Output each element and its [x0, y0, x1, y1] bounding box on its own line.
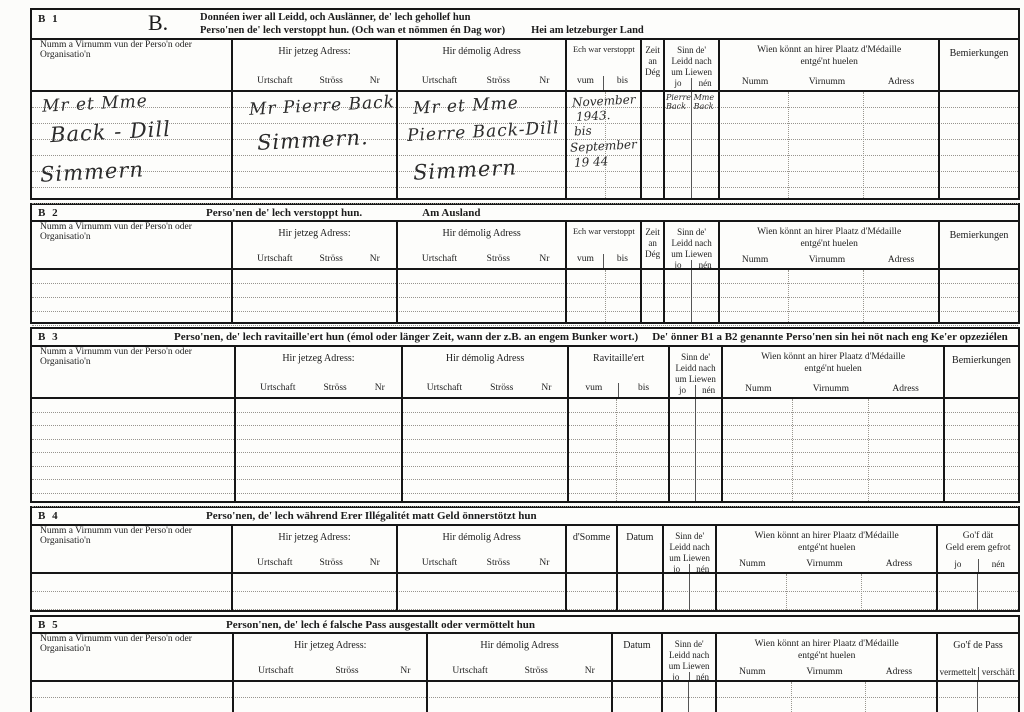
col-header-still-alive: Sinn de'Leidd nachum Liewen jonén — [661, 634, 715, 680]
urtschaft-label: Urtschaft — [422, 76, 457, 86]
datum-label: Datum — [613, 634, 661, 651]
nr-label: Nr — [370, 558, 380, 568]
stross-label: Ströss — [320, 76, 343, 86]
col-header-name: Numm a Virnumm vun der Perso'n oder Orga… — [32, 222, 231, 268]
vum-label: vum — [569, 383, 618, 397]
col-header-former-address: Hir démolig Adress UrtschaftStrössNr — [426, 634, 610, 680]
jo-label: jo — [665, 260, 691, 268]
numm-label: Numm — [717, 667, 787, 677]
gof-label-1: Go'f dät — [963, 531, 993, 541]
sinn-label-2: Leidd nach — [675, 363, 715, 373]
handwriting-alive-jo: Pierre Back — [666, 93, 690, 111]
stross-label: Ströss — [323, 383, 346, 393]
col-header-former-address: Hir démolig Adress UrtschaftStrössNr — [401, 347, 568, 397]
col-header-date: Datum — [616, 526, 662, 572]
former-address-label: Hir démolig Adress — [398, 526, 566, 543]
section-b2-title: Perso'nen de' lech verstoppt hun. — [206, 207, 362, 219]
handwriting-hidden-from-line2: 1943. — [576, 108, 611, 124]
stross-label: Ströss — [487, 76, 510, 86]
current-address-label: Hir jetzeg Adress: — [233, 40, 396, 57]
zeit-label-1: Zeit — [645, 227, 660, 237]
current-address-label: Hir jetzeg Adress: — [233, 526, 396, 543]
stross-label: Ströss — [490, 383, 513, 393]
jo-label: jo — [665, 78, 691, 90]
nen-label: nén — [689, 672, 716, 680]
dsomme-label: d'Somme — [567, 526, 615, 543]
datum-label: Datum — [618, 526, 662, 543]
stross-label: Ströss — [320, 254, 343, 264]
sinn-label-3: um Liewen — [669, 661, 710, 671]
zeit-label-2: an — [648, 238, 657, 248]
header-row: Numm a Virnumm vun der Perso'n oder Orga… — [32, 40, 1018, 92]
vum-label: vum — [567, 254, 603, 268]
adress-label: Adress — [868, 384, 943, 394]
urtschaft-label: Urtschaft — [452, 666, 487, 676]
col-header-still-alive: Sinn de'Leidd nachum Liewen jonén — [662, 526, 715, 572]
nr-label: Nr — [370, 76, 380, 86]
col-header-pass-given: Go'f de Pass vermetteltverschäft — [936, 634, 1018, 680]
numm-label: Numm — [717, 559, 787, 569]
gofpass-label: Go'f de Pass — [938, 634, 1018, 651]
col-header-name: Numm a Virnumm vun der Perso'n oder Orga… — [32, 347, 234, 397]
col-header-former-address: Hir démolig Adress UrtschaftStrössNr — [396, 526, 566, 572]
nen-label: nén — [691, 78, 718, 90]
numm-label: Numm — [720, 255, 790, 265]
bemierkungen-label: Bemierkungen — [945, 347, 1018, 366]
b4-data-area — [32, 574, 1018, 610]
section-b3-title-bar: B 3 Perso'nen, de' lech ravitaille'ert h… — [32, 329, 1018, 347]
zeit-label-3: Dég — [645, 249, 660, 259]
ruled-lines — [32, 399, 1018, 501]
sinn-label-2: Leidd nach — [671, 56, 711, 66]
form-title-line2: Perso'nen de' lech verstoppt hun. (Och w… — [200, 24, 644, 37]
b3-data-area — [32, 399, 1018, 501]
urtschaft-label: Urtschaft — [422, 254, 457, 264]
sinn-label-2: Leidd nach — [669, 650, 709, 660]
sinn-label-1: Sinn de' — [677, 227, 706, 237]
sinn-label-2: Leidd nach — [670, 542, 710, 552]
section-b5-title-bar: B 5 Person'nen, de' lech é falsche Pass … — [32, 617, 1018, 634]
form-letter: B. — [148, 10, 200, 36]
ruled-lines — [32, 92, 1018, 198]
wien-label-2: entgé'nt huelen — [800, 239, 857, 249]
section-id: B 5 — [32, 619, 148, 631]
section-b2-subtitle: Am Ausland — [422, 207, 480, 219]
col-header-medal-recipient: Wien könnt an hirer Plaatz d'Médailleent… — [718, 222, 938, 268]
col-header-remarks: Bemierkungen — [938, 222, 1018, 268]
sinn-label-1: Sinn de' — [681, 352, 710, 362]
col-header-still-alive: Sinn de'Leidd nachum Liewen jonén — [663, 40, 718, 90]
col-header-hidden-period: Ech war verstoppt vumbis — [565, 222, 640, 268]
col-header-still-alive: Sinn de'Leidd nachum Liewen jonén — [663, 222, 718, 268]
col-header-current-address: Hir jetzeg Adress: UrtschaftStrössNr — [231, 40, 396, 90]
section-id: B 4 — [32, 510, 148, 522]
ruled-lines — [32, 270, 1018, 322]
section-b3-subtitle: De' önner B1 a B2 genannte Perso'nen sin… — [652, 331, 1008, 343]
form-b: B 1 B. Donnéen iwer all Leidd, och Auslä… — [30, 8, 1020, 712]
urtschaft-label: Urtschaft — [422, 558, 457, 568]
bis-label: bis — [603, 76, 640, 90]
b1-data-area: Mr et Mme Back - Dill Simmern Mr Pierre … — [32, 92, 1018, 198]
adress-label: Adress — [864, 255, 938, 265]
handwriting-hidden-to-line2: 19 44 — [574, 154, 609, 170]
section-b2-title-bar: B 2 Perso'nen de' lech verstoppt hun. Am… — [32, 205, 1018, 222]
ruled-lines — [32, 574, 1018, 610]
nr-label: Nr — [370, 254, 380, 264]
urtschaft-label: Urtschaft — [257, 254, 292, 264]
nr-label: Nr — [539, 254, 549, 264]
sinn-label-1: Sinn de' — [675, 531, 704, 541]
wien-label-1: Wien könnt an hirer Plaatz d'Médaille — [761, 352, 905, 362]
nen-label: nén — [978, 559, 1018, 572]
col-header-current-address: Hir jetzeg Adress: UrtschaftStrössNr — [234, 347, 401, 397]
adress-label: Adress — [862, 667, 936, 677]
jo-label: jo — [670, 385, 695, 397]
verschaft-label: verschäft — [978, 667, 1018, 680]
b5-data-area — [32, 682, 1018, 712]
hidden-period-label: Ech war verstoppt — [567, 222, 640, 236]
header-row: Numm a Virnumm vun der Perso'n oder Orga… — [32, 634, 1018, 682]
section-id: B 2 — [32, 207, 148, 219]
col-header-current-address: Hir jetzeg Adress: UrtschaftStrössNr — [231, 222, 396, 268]
bis-label: bis — [618, 383, 668, 397]
section-b5-title: Person'nen, de' lech é falsche Pass ausg… — [226, 619, 535, 631]
col-header-medal-recipient: Wien könnt an hirer Plaatz d'Médailleent… — [715, 634, 936, 680]
nen-label: nén — [691, 260, 718, 268]
current-address-label: Hir jetzeg Adress: — [234, 634, 426, 651]
handwriting-hidden-bis: bis — [574, 124, 592, 139]
b2-data-area — [32, 270, 1018, 322]
sinn-label-3: um Liewen — [671, 249, 712, 259]
section-b2: B 2 Perso'nen de' lech verstoppt hun. Am… — [30, 203, 1020, 324]
bis-label: bis — [603, 254, 640, 268]
vum-label: vum — [567, 76, 603, 90]
current-address-label: Hir jetzeg Adress: — [233, 222, 396, 239]
col-header-former-address: Hir démolig Adress UrtschaftStrössNr — [396, 222, 566, 268]
gof-label-2: Geld erem gefrot — [946, 543, 1011, 553]
col-header-current-address: Hir jetzeg Adress: UrtschaftStrössNr — [232, 634, 426, 680]
form-title-line2-right: Hei am letzeburger Land — [531, 25, 644, 36]
col-header-name: Numm a Virnumm vun der Perso'n oder Orga… — [32, 526, 231, 572]
col-header-money-returned: Go'f dätGeld erem gefrot jonén — [936, 526, 1018, 572]
scanned-form-page: B 1 B. Donnéen iwer all Leidd, och Auslä… — [0, 0, 1024, 712]
section-b1: B 1 B. Donnéen iwer all Leidd, och Auslä… — [30, 8, 1020, 200]
virnumm-label: Virnumm — [787, 559, 861, 569]
name-label: Numm a Virnumm vun der Perso'n oder Orga… — [40, 40, 231, 60]
col-header-supplied-period: Ravitaille'ert vumbis — [567, 347, 668, 397]
former-address-label: Hir démolig Adress — [398, 40, 566, 57]
name-label: Numm a Virnumm vun der Perso'n oder Orga… — [40, 526, 231, 546]
col-header-medal-recipient: Wien könnt an hirer Plaatz d'Médailleent… — [715, 526, 936, 572]
section-b4-title: Perso'nen, de' lech während Erer Illégal… — [206, 510, 537, 522]
wien-label-2: entgé'nt huelen — [798, 543, 855, 553]
stross-label: Ströss — [320, 558, 343, 568]
urtschaft-label: Urtschaft — [260, 383, 295, 393]
zeit-label-3: Dég — [645, 67, 660, 77]
virnumm-label: Virnumm — [790, 77, 864, 87]
nr-label: Nr — [539, 76, 549, 86]
numm-label: Numm — [720, 77, 790, 87]
wien-label-2: entgé'nt huelen — [804, 364, 861, 374]
col-header-current-address: Hir jetzeg Adress: UrtschaftStrössNr — [231, 526, 396, 572]
col-header-remarks: Bemierkungen — [943, 347, 1018, 397]
virnumm-label: Virnumm — [794, 384, 869, 394]
adress-label: Adress — [862, 559, 936, 569]
section-b4: B 4 Perso'nen, de' lech während Erer Ill… — [30, 506, 1020, 612]
bemierkungen-label: Bemierkungen — [940, 222, 1018, 241]
header-row: Numm a Virnumm vun der Perso'n oder Orga… — [32, 526, 1018, 574]
col-header-days: ZeitanDég — [640, 222, 663, 268]
wien-label-1: Wien könnt an hirer Plaatz d'Médaille — [757, 227, 901, 237]
numm-label: Numm — [723, 384, 793, 394]
sinn-label-2: Leidd nach — [671, 238, 711, 248]
former-address-label: Hir démolig Adress — [428, 634, 610, 651]
urtschaft-label: Urtschaft — [257, 76, 292, 86]
wien-label-2: entgé'nt huelen — [800, 57, 857, 67]
handwriting-alive-nen: Mme Back — [694, 93, 718, 111]
section-id: B 1 — [32, 10, 148, 25]
stross-label: Ströss — [487, 254, 510, 264]
section-b1-title-bar: B 1 B. Donnéen iwer all Leidd, och Auslä… — [32, 10, 1018, 40]
sinn-label-1: Sinn de' — [677, 45, 706, 55]
nen-label: nén — [689, 564, 715, 572]
adress-label: Adress — [864, 77, 938, 87]
sinn-label-3: um Liewen — [671, 67, 712, 77]
section-b5: B 5 Person'nen, de' lech é falsche Pass … — [30, 615, 1020, 712]
stross-label: Ströss — [335, 666, 358, 676]
zeit-label-1: Zeit — [645, 45, 660, 55]
urtschaft-label: Urtschaft — [258, 666, 293, 676]
section-id: B 3 — [32, 331, 148, 343]
hidden-period-label: Ech war verstoppt — [567, 40, 640, 54]
virnumm-label: Virnumm — [787, 667, 861, 677]
jo-label: jo — [664, 564, 689, 572]
col-header-remarks: Bemierkungen — [938, 40, 1018, 90]
stross-label: Ströss — [487, 558, 510, 568]
urtschaft-label: Urtschaft — [427, 383, 462, 393]
section-b3-title: Perso'nen, de' lech ravitaille'ert hun (… — [174, 331, 638, 343]
col-header-amount: d'Somme — [565, 526, 615, 572]
nr-label: Nr — [400, 666, 410, 676]
sinn-label-3: um Liewen — [675, 374, 716, 384]
jo-label: jo — [938, 559, 977, 572]
ravitailleert-label: Ravitaille'ert — [569, 347, 668, 364]
col-header-still-alive: Sinn de'Leidd nachum Liewen jonén — [668, 347, 721, 397]
col-header-medal-recipient: Wien könnt an hirer Plaatz d'Médailleent… — [718, 40, 938, 90]
nr-label: Nr — [539, 558, 549, 568]
nr-label: Nr — [585, 666, 595, 676]
header-row: Numm a Virnumm vun der Perso'n oder Orga… — [32, 347, 1018, 399]
nr-label: Nr — [541, 383, 551, 393]
wien-label-1: Wien könnt an hirer Plaatz d'Médaille — [755, 639, 899, 649]
nen-label: nén — [695, 385, 721, 397]
sinn-label-1: Sinn de' — [675, 639, 704, 649]
section-b3: B 3 Perso'nen, de' lech ravitaille'ert h… — [30, 327, 1020, 503]
col-header-days: ZeitanDég — [640, 40, 663, 90]
wien-label-2: entgé'nt huelen — [798, 651, 855, 661]
urtschaft-label: Urtschaft — [257, 558, 292, 568]
wien-label-1: Wien könnt an hirer Plaatz d'Médaille — [755, 531, 899, 541]
col-header-name: Numm a Virnumm vun der Perso'n oder Orga… — [32, 40, 231, 90]
section-b4-title-bar: B 4 Perso'nen, de' lech während Erer Ill… — [32, 508, 1018, 526]
nr-label: Nr — [375, 383, 385, 393]
jo-label: jo — [663, 672, 689, 680]
stross-label: Ströss — [525, 666, 548, 676]
wien-label-1: Wien könnt an hirer Plaatz d'Médaille — [757, 45, 901, 55]
form-title: Donnéen iwer all Leidd, och Auslänner, d… — [200, 10, 644, 37]
virnumm-label: Virnumm — [790, 255, 864, 265]
col-header-name: Numm a Virnumm vun der Perso'n oder Orga… — [32, 634, 232, 680]
name-label: Numm a Virnumm vun der Perso'n oder Orga… — [40, 634, 232, 654]
vermettelt-label: vermettelt — [938, 667, 977, 680]
form-title-line2-text: Perso'nen de' lech verstoppt hun. (Och w… — [200, 25, 505, 36]
sinn-label-3: um Liewen — [669, 553, 710, 563]
current-address-label: Hir jetzeg Adress: — [236, 347, 401, 364]
header-row: Numm a Virnumm vun der Perso'n oder Orga… — [32, 222, 1018, 270]
col-header-date: Datum — [611, 634, 661, 680]
bemierkungen-label: Bemierkungen — [940, 40, 1018, 59]
col-header-medal-recipient: Wien könnt an hirer Plaatz d'Médailleent… — [721, 347, 943, 397]
name-label: Numm a Virnumm vun der Perso'n oder Orga… — [40, 347, 234, 367]
col-header-former-address: Hir démolig Adress UrtschaftStrössNr — [396, 40, 566, 90]
former-address-label: Hir démolig Adress — [403, 347, 568, 364]
col-header-hidden-period: Ech war verstoppt vumbis — [565, 40, 640, 90]
form-title-line1: Donnéen iwer all Leidd, och Auslänner, d… — [200, 11, 644, 24]
ruled-lines — [32, 682, 1018, 712]
former-address-label: Hir démolig Adress — [398, 222, 566, 239]
name-label: Numm a Virnumm vun der Perso'n oder Orga… — [40, 222, 231, 242]
zeit-label-2: an — [648, 56, 657, 66]
